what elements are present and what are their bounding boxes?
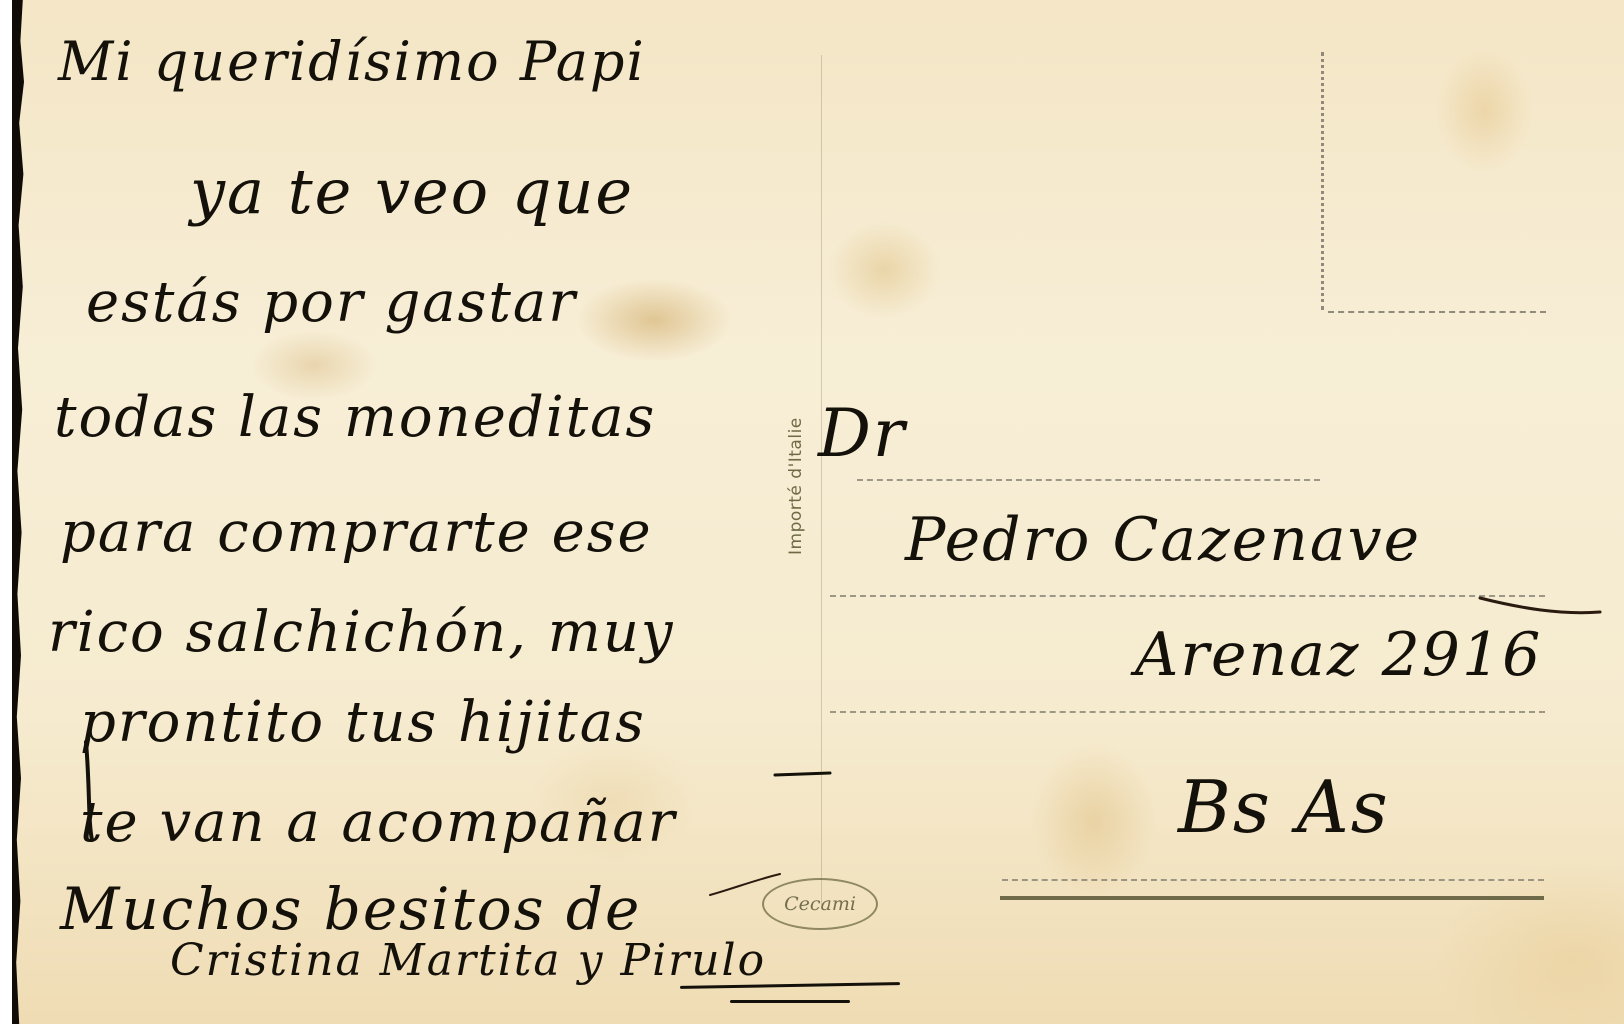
handwriting-flourishes [0,0,1624,1024]
